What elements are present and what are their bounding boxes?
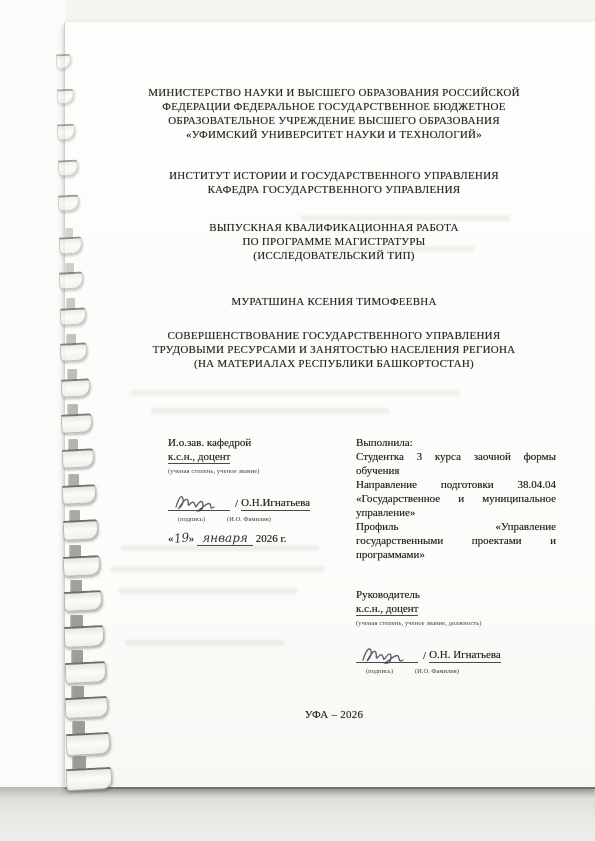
bleed-through-artifact xyxy=(150,408,390,414)
binding-tooth xyxy=(63,545,112,578)
approval-degree: к.с.н., доцент xyxy=(168,450,323,464)
approval-name: О.Н.Игнатьева xyxy=(241,496,310,511)
comb-binding xyxy=(0,0,130,800)
binding-tooth xyxy=(64,580,114,613)
name-caption: (И.О. Фамилия) xyxy=(415,665,459,679)
binding-tooth xyxy=(58,158,90,187)
student-line: Профиль «Управление xyxy=(356,520,556,534)
date-year: 2026 г. xyxy=(256,533,287,545)
binding-tooth xyxy=(64,615,116,649)
student-line: программами» xyxy=(356,548,556,562)
name-caption: (И.О. Фамилия) xyxy=(227,513,271,527)
approval-role: И.о.зав. кафедрой xyxy=(168,436,323,450)
supervisor-degree: к.с.н., доцент xyxy=(356,602,556,616)
bleed-through-artifact xyxy=(130,390,460,396)
binding-tooth xyxy=(58,193,91,222)
institute-header: ИНСТИТУТ ИСТОРИИ И ГОСУДАРСТВЕННОГО УПРА… xyxy=(88,169,580,197)
work-type-header: ВЫПУСКНАЯ КВАЛИФИКАЦИОННАЯ РАБОТА ПО ПРО… xyxy=(88,221,580,263)
footer-city-year: УФА – 2026 xyxy=(88,708,580,722)
student-line: «Государственное и муниципальное xyxy=(356,492,556,506)
supervisor-name: О.Н. Игнатьева xyxy=(429,648,501,663)
date-day-handwritten: 19 xyxy=(173,530,190,546)
signature-handwriting-icon xyxy=(168,492,230,511)
approval-date: «19» января 2026 г. xyxy=(168,531,323,546)
approval-captions: (подпись) (И.О. Фамилия) xyxy=(168,513,323,527)
binding-tooth xyxy=(66,756,124,791)
student-label: Выполнила: xyxy=(356,436,556,450)
signature-slash: / xyxy=(423,649,426,663)
binding-tooth xyxy=(60,334,99,365)
binding-tooth xyxy=(61,369,102,400)
student-line: обучения xyxy=(356,464,556,478)
signature-handwriting-icon xyxy=(356,644,418,663)
supervisor-signature-row: / О.Н. Игнатьева xyxy=(356,643,556,663)
approval-signature-row: / О.Н.Игнатьева xyxy=(168,491,323,511)
binding-tooth xyxy=(57,122,87,151)
bleed-through-artifact xyxy=(110,566,325,572)
date-month-handwritten: января xyxy=(197,531,253,546)
student-line: управление» xyxy=(356,506,556,520)
binding-tooth xyxy=(66,721,122,756)
supervisor-captions: (подпись) (И.О. Фамилия) xyxy=(356,665,556,679)
signature-slash: / xyxy=(235,497,238,511)
student-line: государственными проектами и xyxy=(356,534,556,548)
binding-tooth xyxy=(56,52,83,80)
binding-tooth xyxy=(60,298,98,328)
ministry-header: МИНИСТЕРСТВО НАУКИ И ВЫСШЕГО ОБРАЗОВАНИЯ… xyxy=(88,86,580,142)
approval-block: И.о.зав. кафедрой к.с.н., доцент (ученая… xyxy=(168,436,323,546)
binding-tooth xyxy=(65,650,118,684)
binding-tooth xyxy=(57,87,86,115)
sign-caption: (подпись) xyxy=(178,513,205,527)
thesis-title: СОВЕРШЕНСТВОВАНИЕ ГОСУДАРСТВЕННОГО УПРАВ… xyxy=(88,329,580,371)
student-line: Студентка 3 курса заочной формы xyxy=(356,450,556,464)
student-block: Выполнила: Студентка 3 курса заочной фор… xyxy=(356,436,556,679)
binding-tooth xyxy=(62,439,106,471)
supervisor-degree-caption: (ученая степень, ученое звание, должност… xyxy=(356,619,556,628)
binding-tooth xyxy=(65,686,120,720)
supervisor-label: Руководитель xyxy=(356,588,556,602)
binding-tooth xyxy=(59,263,95,293)
student-line: Направление подготовки 38.04.04 xyxy=(356,478,556,492)
author-name: МУРАТШИНА КСЕНИЯ ТИМОФЕЕВНА xyxy=(88,295,580,309)
bleed-through-artifact xyxy=(125,640,285,646)
approval-degree-caption: (ученая степень, ученое звание) xyxy=(168,467,323,476)
scanned-thesis-title-page: { "document": { "ministry_lines": [ "МИН… xyxy=(0,0,595,841)
sign-caption: (подпись) xyxy=(366,665,393,679)
binding-tooth xyxy=(61,404,104,436)
bleed-through-artifact xyxy=(118,588,298,594)
binding-tooth xyxy=(62,474,108,506)
binding-tooth xyxy=(59,228,94,258)
binding-tooth xyxy=(63,510,110,543)
